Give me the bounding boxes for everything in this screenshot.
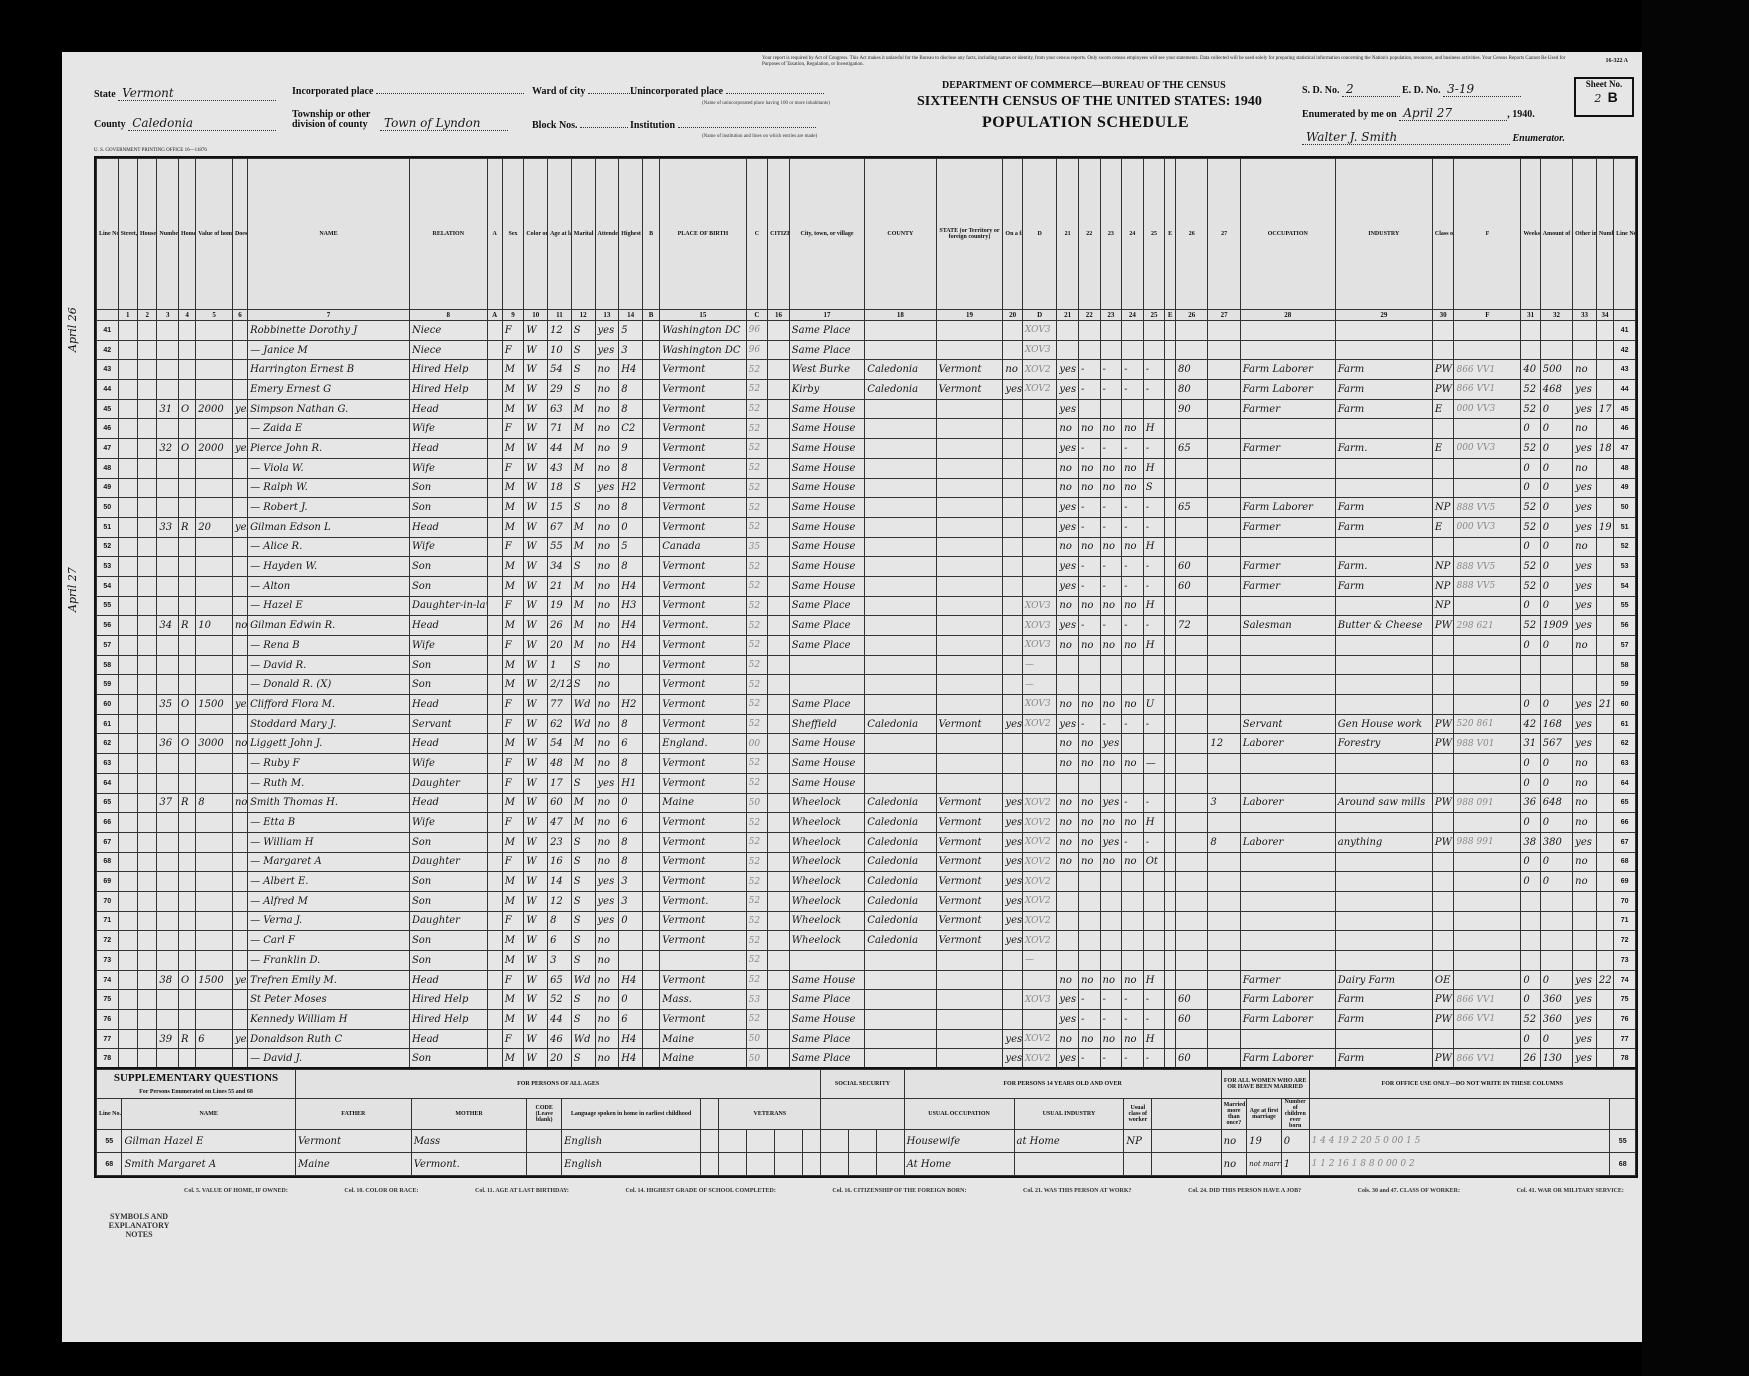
cell-bp: Vermont. — [660, 616, 746, 636]
cell-fs — [1596, 458, 1613, 478]
enumeration-date-field: Enumerated by me on April 27, 1940. — [1302, 106, 1535, 121]
cell-w23: - — [1100, 1010, 1122, 1030]
cell-w23: no — [1100, 596, 1122, 616]
cell-rel: Hired Help — [409, 360, 487, 380]
cell-w24: - — [1122, 990, 1144, 1010]
ward-field: Ward of city — [532, 86, 636, 97]
cell-farm: yes — [232, 695, 247, 715]
cell-val — [196, 714, 233, 734]
cell-code: 866 VV1 — [1454, 1010, 1521, 1030]
cell-age: 18 — [548, 478, 572, 498]
cell-occ: Farmer — [1240, 399, 1335, 419]
cell-fs — [1596, 832, 1613, 852]
cell-rcode: XOV2 — [1022, 793, 1057, 813]
cell-ms: S — [571, 675, 595, 695]
cell-occ: Laborer — [1240, 734, 1335, 754]
cell-rstate — [936, 399, 1003, 419]
cell-bpc: 52 — [746, 891, 768, 911]
cell-w24 — [1122, 399, 1144, 419]
cell-race: W — [524, 498, 548, 518]
cell-w23 — [1100, 891, 1122, 911]
cell-line: 62 — [1614, 734, 1636, 754]
cell-hh: 33 — [157, 517, 179, 537]
cell-val — [196, 990, 233, 1010]
cell-rstate — [936, 321, 1003, 341]
cell-occ — [1240, 754, 1335, 774]
cell-sch: no — [595, 970, 619, 990]
cell-sex: M — [502, 832, 524, 852]
cell-res: Same Place — [789, 596, 865, 616]
cell-rstate — [936, 1029, 1003, 1049]
cell-cls: PW — [1432, 616, 1454, 636]
cell-fs: 22 — [1596, 970, 1613, 990]
cell-gr: 8 — [619, 498, 643, 518]
cell-line: 75 — [97, 990, 119, 1010]
cell-code — [1454, 911, 1521, 931]
cell-ms: S — [571, 1010, 595, 1030]
cell-bpc: 52 — [746, 557, 768, 577]
cell-dur — [1208, 872, 1240, 892]
cell-race: W — [524, 399, 548, 419]
cell-sch: no — [595, 557, 619, 577]
cell-w23 — [1100, 931, 1122, 951]
cell-rel: Son — [409, 498, 487, 518]
cell-rel: Wife — [409, 419, 487, 439]
cell-ind: Farm — [1335, 576, 1432, 596]
cell-w23: yes — [1100, 734, 1122, 754]
cell-w23 — [1100, 655, 1122, 675]
cell-code — [1454, 636, 1521, 656]
cell-age: 3 — [548, 951, 572, 971]
cell-dur — [1208, 1010, 1240, 1030]
scan-border — [1642, 0, 1749, 1376]
cell-oth: yes — [1573, 557, 1597, 577]
cell-hrs: 65 — [1176, 498, 1208, 518]
cell-occ — [1240, 911, 1335, 931]
cell-w23 — [1100, 321, 1122, 341]
cell-sex: M — [502, 478, 524, 498]
cell-own — [179, 951, 196, 971]
cell-rel: Head — [409, 695, 487, 715]
cell-rcode: XOV3 — [1022, 321, 1057, 341]
cell-rstate — [936, 537, 1003, 557]
cell-occ — [1240, 1029, 1335, 1049]
cell-val: 20 — [196, 517, 233, 537]
cell-wks: 0 — [1521, 596, 1540, 616]
table-row: 71— Verna J.DaughterFW8Syes0Vermont52Whe… — [97, 911, 1636, 931]
cell-race: W — [524, 596, 548, 616]
cell-rcode: XOV2 — [1022, 813, 1057, 833]
cell-own — [179, 990, 196, 1010]
cell-w24: - — [1122, 832, 1144, 852]
cell-cls — [1432, 891, 1454, 911]
cell-res: Same Place — [789, 340, 865, 360]
cell-w24: - — [1122, 616, 1144, 636]
cell-cls: OE — [1432, 970, 1454, 990]
cell-rel: Head — [409, 439, 487, 459]
cell-rcounty — [865, 557, 936, 577]
cell-rstate: Vermont — [936, 931, 1003, 951]
cell-own — [179, 931, 196, 951]
cell-cls — [1432, 951, 1454, 971]
cell-line: 63 — [1614, 754, 1636, 774]
township-field: Town of Lyndon — [380, 116, 508, 131]
cell-rfarm — [1003, 399, 1022, 419]
cell-name: — Ruby F — [248, 754, 410, 774]
cell-w23 — [1100, 773, 1122, 793]
cell-own: R — [179, 1029, 196, 1049]
cell-bpc: 52 — [746, 419, 768, 439]
cell-rel: Niece — [409, 321, 487, 341]
cell-gr: H1 — [619, 773, 643, 793]
cell-ms: M — [571, 458, 595, 478]
cell-name: Smith Thomas H. — [248, 793, 410, 813]
industry-column-header: INDUSTRY — [1335, 159, 1432, 310]
ed-field: E. D. No. 3-19 — [1402, 82, 1521, 97]
cell-line: 53 — [1614, 557, 1636, 577]
cell-ms: M — [571, 636, 595, 656]
cell-fs — [1596, 813, 1613, 833]
cell-wages: 168 — [1540, 714, 1572, 734]
cell-gr: C2 — [619, 419, 643, 439]
cell-dur — [1208, 498, 1240, 518]
cell-oth: yes — [1573, 695, 1597, 715]
cell-own — [179, 498, 196, 518]
cell-cls — [1432, 636, 1454, 656]
cell-wages: 500 — [1540, 360, 1572, 380]
table-row: 61Stoddard Mary J.ServantFW62Wdno8Vermon… — [97, 714, 1636, 734]
cell-line: 45 — [1614, 399, 1636, 419]
cell-cls — [1432, 872, 1454, 892]
cell-cls: PW — [1432, 1049, 1454, 1069]
cell-w24 — [1122, 911, 1144, 931]
cell-fs — [1596, 478, 1613, 498]
cell-line: 51 — [1614, 517, 1636, 537]
cell-val: 2000 — [196, 439, 233, 459]
cell-name: — Franklin D. — [248, 951, 410, 971]
cell-wages: 648 — [1540, 793, 1572, 813]
cell-cls — [1432, 695, 1454, 715]
cell-own — [179, 321, 196, 341]
cell-sch: no — [595, 931, 619, 951]
cell-line: 76 — [97, 1010, 119, 1030]
sheet-number: 2 — [1590, 92, 1605, 105]
cell-wages — [1540, 675, 1572, 695]
cell-ind: Farm — [1335, 990, 1432, 1010]
cell-oth — [1573, 655, 1597, 675]
cell-sex: F — [502, 714, 524, 734]
cell-hrs — [1176, 675, 1208, 695]
cell-line: 44 — [97, 380, 119, 400]
cell-oth: yes — [1573, 1029, 1597, 1049]
cell-bp: Vermont — [660, 1010, 746, 1030]
cell-age: 29 — [548, 380, 572, 400]
cell-wages: 0 — [1540, 754, 1572, 774]
cell-sch: yes — [595, 340, 619, 360]
cell-name: Robbinette Dorothy J — [248, 321, 410, 341]
cell-rstate: Vermont — [936, 852, 1003, 872]
cell-rcode — [1022, 517, 1057, 537]
cell-age: 77 — [548, 695, 572, 715]
cell-fs — [1596, 734, 1613, 754]
cell-val — [196, 951, 233, 971]
cell-bp: Washington DC — [660, 321, 746, 341]
cell-w24: no — [1122, 458, 1144, 478]
cell-rfarm: yes — [1003, 852, 1022, 872]
cell-dur — [1208, 990, 1240, 1010]
supplementary-row: 55 Gilman Hazel E Vermont Mass English H… — [97, 1130, 1636, 1153]
cell-line: 63 — [97, 754, 119, 774]
cell-sch: no — [595, 675, 619, 695]
cell-name: Simpson Nathan G. — [248, 399, 410, 419]
cell-race: W — [524, 852, 548, 872]
table-row: 75St Peter MosesHired HelpMW52Sno0Mass.5… — [97, 990, 1636, 1010]
cell-bpc: 52 — [746, 911, 768, 931]
cell-occ — [1240, 636, 1335, 656]
cell-val — [196, 321, 233, 341]
cell-wks: 38 — [1521, 832, 1540, 852]
cell-rstate: Vermont — [936, 380, 1003, 400]
cell-val — [196, 911, 233, 931]
cell-own — [179, 832, 196, 852]
cell-rel: Head — [409, 517, 487, 537]
cell-wks: 52 — [1521, 616, 1540, 636]
cell-hh: 35 — [157, 695, 179, 715]
table-row: 64— Ruth M.DaughterFW17SyesH1Vermont52Sa… — [97, 773, 1636, 793]
cell-w24 — [1122, 891, 1144, 911]
cell-sex: M — [502, 498, 524, 518]
cell-gr: H4 — [619, 576, 643, 596]
table-row: 72— Carl FSonMW6SnoVermont52WheelockCale… — [97, 931, 1636, 951]
cell-bp: Vermont — [660, 596, 746, 616]
cell-own — [179, 478, 196, 498]
cell-occ — [1240, 695, 1335, 715]
cell-w22: no — [1078, 754, 1100, 774]
cell-rfarm: yes — [1003, 872, 1022, 892]
cell-farm — [232, 360, 247, 380]
cell-sch: no — [595, 852, 619, 872]
cell-res: Same House — [789, 478, 865, 498]
cell-w21 — [1057, 773, 1079, 793]
cell-hrs — [1176, 832, 1208, 852]
cell-gr: 0 — [619, 990, 643, 1010]
cell-rcounty: Caledonia — [865, 911, 936, 931]
cell-wages: 0 — [1540, 872, 1572, 892]
cell-w22: - — [1078, 557, 1100, 577]
cell-line: 53 — [97, 557, 119, 577]
cell-gr: 0 — [619, 793, 643, 813]
cell-code — [1454, 478, 1521, 498]
cell-age: 60 — [548, 793, 572, 813]
cell-sch: no — [595, 1049, 619, 1069]
cell-ind — [1335, 458, 1432, 478]
cell-w23 — [1100, 675, 1122, 695]
cell-rfarm — [1003, 695, 1022, 715]
cell-code — [1454, 537, 1521, 557]
cell-w22: no — [1078, 813, 1100, 833]
cell-farm — [232, 832, 247, 852]
cell-rstate — [936, 773, 1003, 793]
cell-w21: yes — [1057, 616, 1079, 636]
cell-ms: Wd — [571, 970, 595, 990]
cell-rel: Head — [409, 399, 487, 419]
cell-line: 42 — [1614, 340, 1636, 360]
cell-farm — [232, 340, 247, 360]
cell-farm: yes — [232, 1029, 247, 1049]
cell-line: 58 — [1614, 655, 1636, 675]
cell-rel: Son — [409, 931, 487, 951]
cell-rcounty — [865, 1049, 936, 1069]
cell-cls: E — [1432, 399, 1454, 419]
cell-rcode: XOV2 — [1022, 891, 1057, 911]
enumeration-date: April 27 — [1399, 106, 1507, 121]
cell-w23: no — [1100, 458, 1122, 478]
cell-dur — [1208, 380, 1240, 400]
cell-val — [196, 537, 233, 557]
cell-dur — [1208, 911, 1240, 931]
cell-age: 55 — [548, 537, 572, 557]
cell-oth: no — [1573, 360, 1597, 380]
cell-wks: 0 — [1521, 813, 1540, 833]
cell-oth: no — [1573, 852, 1597, 872]
cell-rcounty — [865, 1010, 936, 1030]
cell-farm — [232, 321, 247, 341]
cell-w21: no — [1057, 596, 1079, 616]
cell-dur — [1208, 439, 1240, 459]
cell-w22: no — [1078, 478, 1100, 498]
cell-rfarm: yes — [1003, 380, 1022, 400]
cell-sch: no — [595, 636, 619, 656]
cell-name: — David J. — [248, 1049, 410, 1069]
cell-age: 16 — [548, 852, 572, 872]
cell-val — [196, 852, 233, 872]
cell-bpc: 52 — [746, 655, 768, 675]
cell-farm — [232, 537, 247, 557]
cell-wks: 0 — [1521, 1029, 1540, 1049]
cell-own — [179, 596, 196, 616]
cell-w25 — [1143, 773, 1165, 793]
cell-w24: - — [1122, 576, 1144, 596]
cell-race: W — [524, 1049, 548, 1069]
cell-rfarm — [1003, 439, 1022, 459]
cell-w25: - — [1143, 990, 1165, 1010]
cell-w22 — [1078, 911, 1100, 931]
cell-rfarm — [1003, 655, 1022, 675]
cell-val — [196, 1010, 233, 1030]
cell-farm — [232, 596, 247, 616]
cell-dur — [1208, 478, 1240, 498]
state-field: State Vermont — [94, 86, 276, 101]
cell-rfarm — [1003, 498, 1022, 518]
cell-hh — [157, 360, 179, 380]
county-field: County Caledonia — [94, 116, 276, 131]
cell-val — [196, 478, 233, 498]
cell-sex: F — [502, 773, 524, 793]
cell-rel: Wife — [409, 754, 487, 774]
cell-val: 8 — [196, 793, 233, 813]
incorporated-place-field: Incorporated place — [292, 86, 524, 97]
cell-w23: no — [1100, 636, 1122, 656]
table-row: 68— Margaret ADaughterFW16Sno8Vermont52W… — [97, 852, 1636, 872]
cell-ind — [1335, 478, 1432, 498]
cell-fs — [1596, 951, 1613, 971]
cell-w24: no — [1122, 852, 1144, 872]
cell-oth: no — [1573, 419, 1597, 439]
cell-w22 — [1078, 931, 1100, 951]
cell-wages — [1540, 655, 1572, 675]
cell-farm — [232, 636, 247, 656]
cell-code: 866 VV1 — [1454, 380, 1521, 400]
relation-column-header: RELATION — [409, 159, 487, 310]
cell-hrs: 80 — [1176, 360, 1208, 380]
cell-w24: no — [1122, 695, 1144, 715]
cell-res: Wheelock — [789, 793, 865, 813]
cell-ms: M — [571, 754, 595, 774]
cell-rcounty: Caledonia — [865, 832, 936, 852]
cell-rel: Hired Help — [409, 1010, 487, 1030]
cell-sex: M — [502, 439, 524, 459]
cell-w22: - — [1078, 576, 1100, 596]
cell-bpc: 52 — [746, 951, 768, 971]
cell-sex: F — [502, 458, 524, 478]
cell-res: Same House — [789, 458, 865, 478]
cell-rcounty — [865, 754, 936, 774]
cell-hrs: 72 — [1176, 616, 1208, 636]
cell-ms: M — [571, 734, 595, 754]
cell-line: 46 — [1614, 419, 1636, 439]
cell-rel: Son — [409, 891, 487, 911]
institution-field: Institution — [630, 120, 816, 131]
cell-occ: Servant — [1240, 714, 1335, 734]
cell-race: W — [524, 1029, 548, 1049]
cell-res: Sheffield — [789, 714, 865, 734]
cell-bp: Vermont — [660, 399, 746, 419]
cell-farm: no — [232, 734, 247, 754]
cell-sex: M — [502, 793, 524, 813]
cell-sch: no — [595, 1010, 619, 1030]
cell-ind — [1335, 872, 1432, 892]
cell-name: — Alfred M — [248, 891, 410, 911]
cell-w22: no — [1078, 734, 1100, 754]
cell-rstate — [936, 754, 1003, 774]
cell-w23: no — [1100, 754, 1122, 774]
cell-cls — [1432, 773, 1454, 793]
cell-wks: 0 — [1521, 458, 1540, 478]
person-rows: 41Robbinette Dorothy JNieceFW12Syes5Wash… — [97, 321, 1636, 1109]
cell-line: 67 — [97, 832, 119, 852]
cell-wks: 0 — [1521, 478, 1540, 498]
cell-hh — [157, 537, 179, 557]
cell-rcounty: Caledonia — [865, 714, 936, 734]
cell-occ — [1240, 537, 1335, 557]
cell-own — [179, 911, 196, 931]
cell-bpc: 52 — [746, 360, 768, 380]
cell-w23 — [1100, 399, 1122, 419]
cell-age: 71 — [548, 419, 572, 439]
cell-rcounty: Caledonia — [865, 793, 936, 813]
cell-line: 52 — [1614, 537, 1636, 557]
cell-own: R — [179, 517, 196, 537]
cell-w25: - — [1143, 360, 1165, 380]
cell-w23: - — [1100, 714, 1122, 734]
cell-line: 74 — [1614, 970, 1636, 990]
cell-fs — [1596, 773, 1613, 793]
cell-own — [179, 419, 196, 439]
cell-hh — [157, 655, 179, 675]
cell-dur — [1208, 537, 1240, 557]
cell-w25: - — [1143, 576, 1165, 596]
cell-hrs — [1176, 793, 1208, 813]
